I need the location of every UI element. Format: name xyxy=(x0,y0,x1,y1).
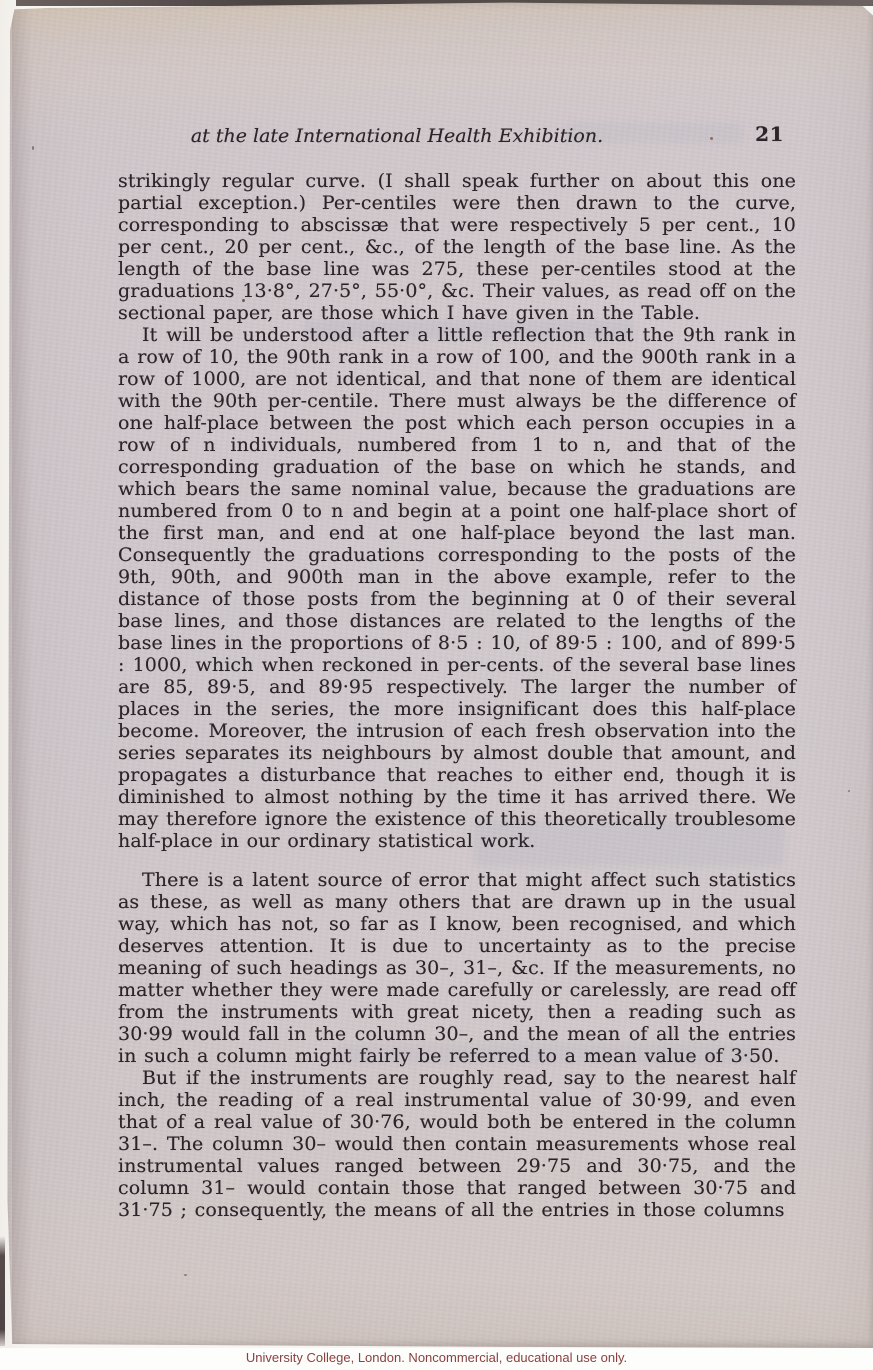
paper-speck xyxy=(848,790,850,792)
paragraph-continuation: strikingly regular curve. (I shall speak… xyxy=(118,170,796,324)
watermark-caption: University College, London. Noncommercia… xyxy=(0,1348,873,1368)
paragraph-rough-reading: But if the instruments are roughly read,… xyxy=(118,1067,796,1221)
paragraph-latent-error: There is a latent source of error that m… xyxy=(118,869,796,1067)
caption-strip: University College, London. Noncommercia… xyxy=(0,1348,873,1370)
body-text: strikingly regular curve. (I shall speak… xyxy=(118,170,796,1221)
running-head: at the late International Health Exhibit… xyxy=(118,122,796,150)
paper-speck xyxy=(32,146,34,150)
page-number: 21 xyxy=(755,120,784,148)
paragraph-half-place: It will be understood after a little ref… xyxy=(118,324,796,852)
book-edge-sliver xyxy=(0,1236,5,1346)
scanned-page: at the late International Health Exhibit… xyxy=(4,2,873,1348)
page-binding-crease xyxy=(12,2,34,1348)
paper-speck xyxy=(184,1274,187,1276)
text-column: at the late International Health Exhibit… xyxy=(118,2,796,1221)
running-title: at the late International Health Exhibit… xyxy=(191,125,603,147)
